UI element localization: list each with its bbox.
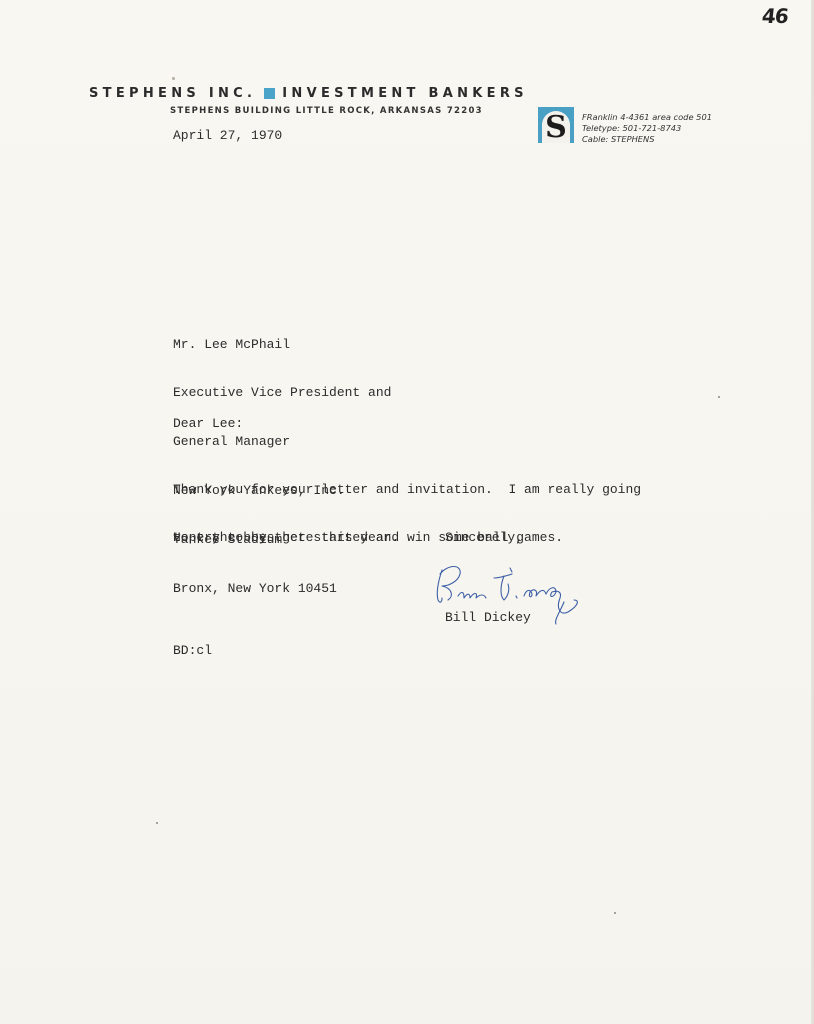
company-name: STEPHENS INC. <box>89 86 256 101</box>
square-bullet-icon <box>264 88 275 99</box>
letterhead-title: STEPHENS INC. INVESTMENT BANKERS <box>89 86 528 101</box>
paper-speck <box>614 912 616 914</box>
logo-letter: S <box>538 110 574 143</box>
recipient-line: Mr. Lee McPhail <box>173 337 391 353</box>
paragraph-line: Thank you for your letter and invitation… <box>173 482 641 498</box>
letter-date: April 27, 1970 <box>173 128 282 144</box>
stephens-logo-icon: S <box>538 107 574 143</box>
paper-speck <box>172 77 175 80</box>
teletype-line: Teletype: 501-721-8743 <box>582 123 712 134</box>
closing: Sincerely, <box>445 530 523 546</box>
reference-initials: BD:cl <box>173 643 212 659</box>
recipient-line: Executive Vice President and <box>173 385 391 401</box>
letterhead-address: STEPHENS BUILDING LITTLE ROCK, ARKANSAS … <box>170 106 483 116</box>
paper-speck <box>718 396 720 398</box>
signer-name: Bill Dickey <box>445 610 531 626</box>
phone-line: FRanklin 4-4361 area code 501 <box>582 112 712 123</box>
salutation: Dear Lee: <box>173 416 243 432</box>
company-tagline: INVESTMENT BANKERS <box>282 86 528 101</box>
contact-info: FRanklin 4-4361 area code 501 Teletype: … <box>582 112 712 145</box>
cable-line: Cable: STEPHENS <box>582 134 712 145</box>
paper-speck <box>156 822 158 824</box>
recipient-line: Bronx, New York 10451 <box>173 581 391 597</box>
handwritten-page-number: 46 <box>761 4 789 28</box>
